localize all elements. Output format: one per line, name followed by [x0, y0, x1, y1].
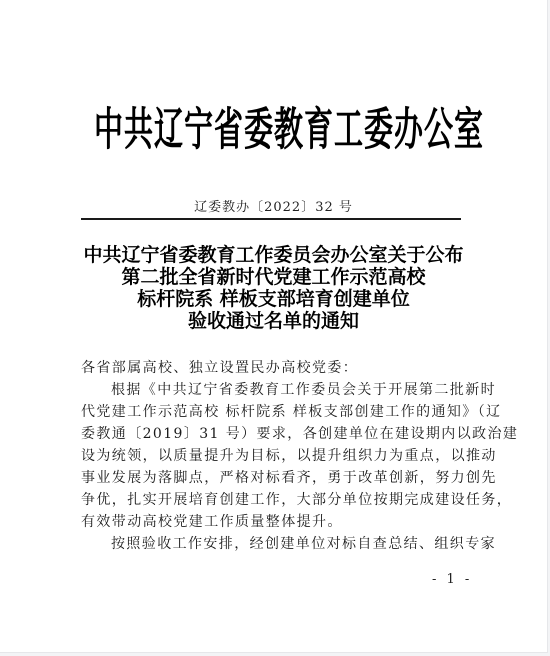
body-line: 代党建工作示范高校 标杆院系 样板支部创建工作的通知》（辽 — [81, 401, 463, 423]
body-line: 有效带动高校党建工作质量整体提升。 — [81, 511, 463, 533]
body-line: 委教通〔2019〕31 号）要求，各创建单位在建设期内以政治建 — [81, 423, 463, 445]
title-line: 标杆院系 样板支部培育创建单位 — [0, 288, 547, 310]
body-line: 设为统领，以质量提升为目标，以提升组织力为重点，以推动 — [81, 445, 463, 467]
page-number: - 1 - — [432, 572, 472, 587]
masthead: 中共辽宁省委教育工委办公室 — [94, 98, 456, 154]
document-page: 中共辽宁省委教育工委办公室 辽委教办〔2022〕32 号 中共辽宁省委教育工作委… — [0, 0, 548, 653]
document-title: 中共辽宁省委教育工作委员会办公室关于公布 第二批全省新时代党建工作示范高校 标杆… — [0, 244, 547, 332]
title-line: 第二批全省新时代党建工作示范高校 — [0, 266, 547, 288]
title-line: 中共辽宁省委教育工作委员会办公室关于公布 — [0, 244, 547, 266]
body-line: 事业发展为落脚点，严格对标看齐，勇于改革创新，努力创先 — [81, 467, 463, 489]
body-line: 根据《中共辽宁省委教育工作委员会关于开展第二批新时 — [81, 379, 463, 401]
title-line: 验收通过名单的通知 — [0, 310, 547, 332]
header-divider — [81, 218, 461, 220]
document-body: 各省部属高校、独立设置民办高校党委： 根据《中共辽宁省委教育工作委员会关于开展第… — [81, 357, 463, 555]
document-number: 辽委教办〔2022〕32 号 — [0, 196, 547, 215]
salutation: 各省部属高校、独立设置民办高校党委： — [81, 357, 463, 379]
masthead-title: 中共辽宁省委教育工委办公室 — [94, 94, 456, 158]
body-line: 按照验收工作安排，经创建单位对标自查总结、组织专家 — [81, 533, 463, 555]
body-line: 争优，扎实开展培育创建工作，大部分单位按期完成建设任务， — [81, 489, 463, 511]
